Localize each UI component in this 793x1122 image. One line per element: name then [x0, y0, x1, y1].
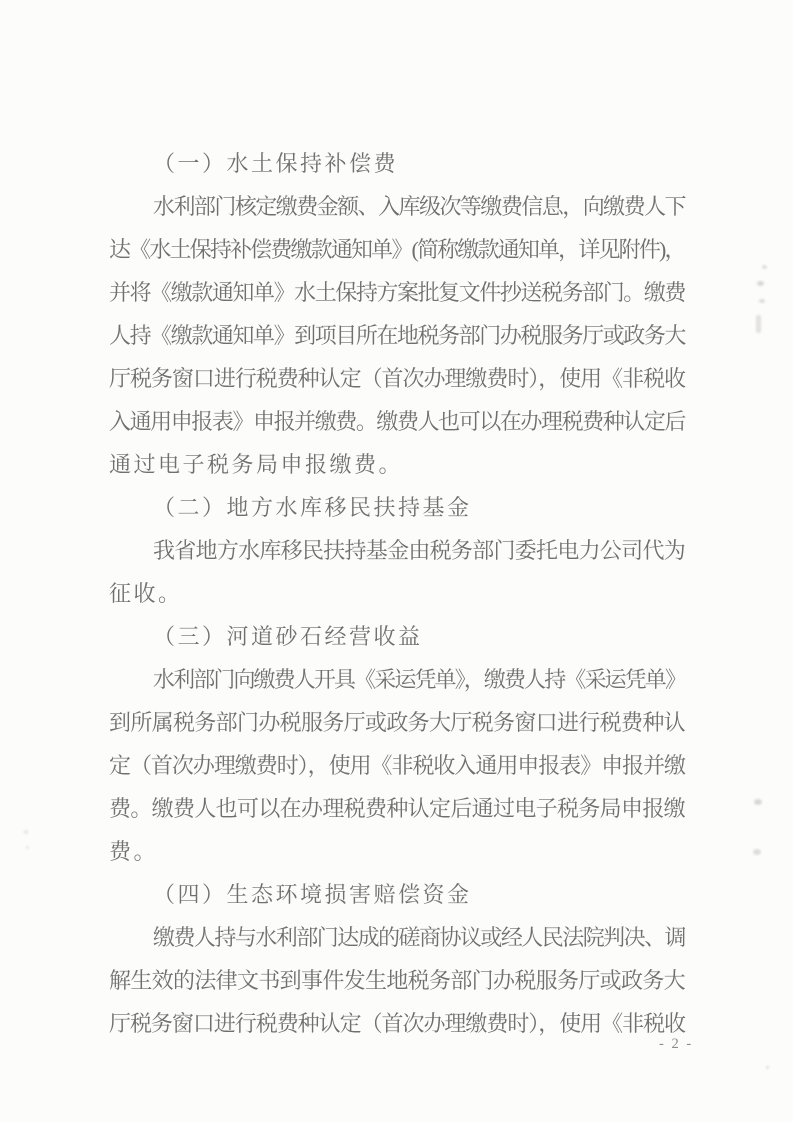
scan-artifact — [759, 299, 765, 303]
scan-artifact — [756, 315, 761, 333]
section-heading: （三）河道砂石经营收益 — [109, 615, 685, 658]
text-line: 缴费人持与水利部门达成的磋商协议或经人民法院判决、调 — [109, 916, 685, 959]
scanned-document-page: （一）水土保持补偿费水利部门核定缴费金额、入库级次等缴费信息，向缴费人下达《水土… — [0, 0, 793, 1122]
text-line: 费。缴费人也可以在办理税费种认定后通过电子税务局申报缴 — [109, 787, 685, 830]
text-line: 到所属税务部门办税服务厅或政务大厅税务窗口进行税费种认 — [109, 701, 685, 744]
text-line: 并将《缴款通知单》水土保持方案批复文件抄送税务部门。缴费 — [109, 271, 685, 314]
text-line: 厅税务窗口进行税费种认定（首次办理缴费时），使用《非税收 — [109, 1002, 685, 1045]
scan-artifact — [757, 281, 764, 286]
scan-artifact — [26, 846, 29, 849]
document-body: （一）水土保持补偿费水利部门核定缴费金额、入库级次等缴费信息，向缴费人下达《水土… — [109, 142, 685, 1045]
scan-artifact — [754, 799, 762, 805]
text-line: 费。 — [109, 830, 685, 873]
text-line: 我省地方水库移民扶持基金由税务部门委托电力公司代为 — [109, 529, 685, 572]
text-line: 通过电子税务局申报缴费。 — [109, 443, 685, 486]
scan-artifact — [766, 1066, 769, 1069]
text-line: 定（首次办理缴费时），使用《非税收入通用申报表》申报并缴 — [109, 744, 685, 787]
text-line: 解生效的法律文书到事件发生地税务部门办税服务厅或政务大 — [109, 959, 685, 1002]
section-heading: （二）地方水库移民扶持基金 — [109, 486, 685, 529]
scan-artifact — [762, 265, 767, 269]
text-line: 人持《缴款通知单》到项目所在地税务部门办税服务厅或政务大 — [109, 314, 685, 357]
page-number: - 2 - — [659, 1036, 693, 1053]
text-line: 征收。 — [109, 572, 685, 615]
section-heading: （四）生态环境损害赔偿资金 — [109, 873, 685, 916]
text-line: 水利部门核定缴费金额、入库级次等缴费信息，向缴费人下 — [109, 185, 685, 228]
scan-artifact — [753, 849, 761, 855]
section-heading: （一）水土保持补偿费 — [109, 142, 685, 185]
text-line: 厅税务窗口进行税费种认定（首次办理缴费时），使用《非税收 — [109, 357, 685, 400]
text-line: 达《水土保持补偿费缴款通知单》(简称缴款通知单，详见附件)， — [109, 228, 685, 271]
scan-artifact — [24, 830, 28, 834]
text-line: 入通用申报表》申报并缴费。缴费人也可以在办理税费种认定后 — [109, 400, 685, 443]
text-line: 水利部门向缴费人开具《采运凭单》，缴费人持《采运凭单》 — [109, 658, 685, 701]
